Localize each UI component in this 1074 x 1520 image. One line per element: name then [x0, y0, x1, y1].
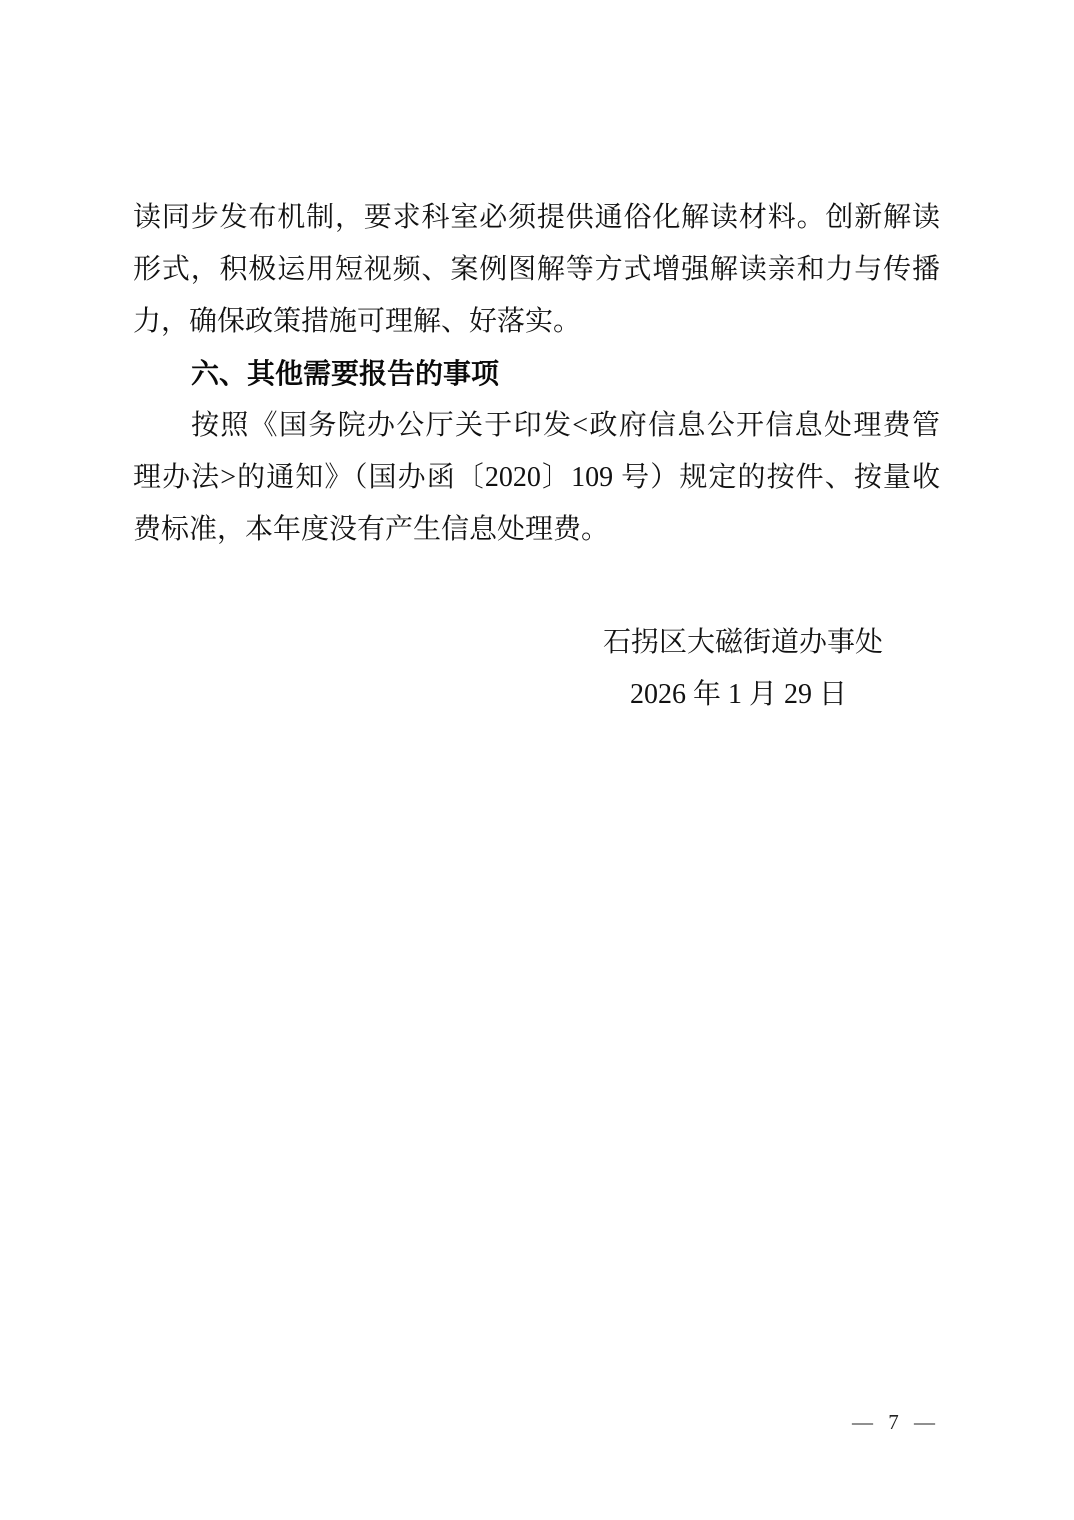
section-heading: 六、其他需要报告的事项 [133, 348, 940, 400]
page-number: — 7 — [852, 1410, 940, 1434]
signature-date: 2026 年 1 月 29 日 [133, 669, 940, 721]
document-body: 读同步发布机制，要求科室必须提供通俗化解读材料。创新解读 形式，积极运用短视频、… [133, 192, 940, 721]
paragraph-fees: 按照《国务院办公厅关于印发<政府信息公开信息处理费管 理办法>的通知》（国办函〔… [133, 400, 940, 556]
paragraph-continuation: 读同步发布机制，要求科室必须提供通俗化解读材料。创新解读 形式，积极运用短视频、… [133, 192, 940, 348]
body-text-line: 形式，积极运用短视频、案例图解等方式增强解读亲和力与传播 [133, 244, 940, 296]
signature-organization: 石拐区大磁街道办事处 [133, 617, 940, 669]
body-text-line: 费标准，本年度没有产生信息处理费。 [133, 504, 940, 556]
body-text-line: 理办法>的通知》（国办函〔2020〕109 号）规定的按件、按量收 [133, 452, 940, 504]
body-text-line: 读同步发布机制，要求科室必须提供通俗化解读材料。创新解读 [133, 192, 940, 244]
document-page: 读同步发布机制，要求科室必须提供通俗化解读材料。创新解读 形式，积极运用短视频、… [0, 0, 1074, 1520]
body-text-line: 力，确保政策措施可理解、好落实。 [133, 296, 940, 348]
body-text-line: 按照《国务院办公厅关于印发<政府信息公开信息处理费管 [133, 400, 940, 452]
